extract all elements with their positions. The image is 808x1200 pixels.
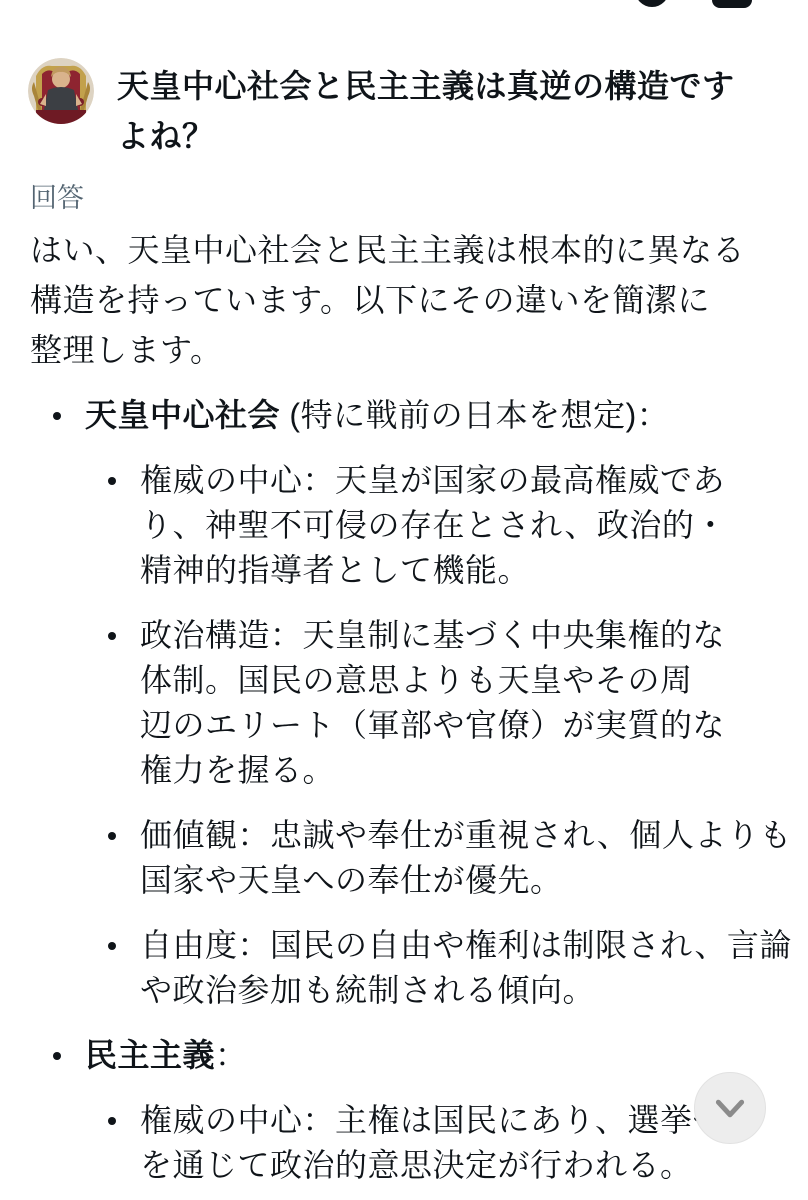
bullet-dot <box>108 832 116 840</box>
bullet-dot <box>108 942 116 950</box>
list-item-title-rest: (特に戦前の日本を想定)： <box>280 397 669 433</box>
bullet-dot <box>53 412 61 420</box>
question-row: 天皇中心社会と民主主義は真逆の構造です よね？ <box>0 0 808 161</box>
list-item-freedom: 自由度：国民の自由や権利は制限され、言論 や政治参加も統制される傾向。 <box>0 923 808 1013</box>
list-item-democracy-authority: 権威の中心：主権は国民にあり、選挙や を通じて政治的意思決定が行われる。 <box>0 1098 808 1188</box>
list-item-title-rest: ： <box>215 1037 248 1073</box>
list-item-authority: 権威の中心：天皇が国家の最高権威であ り、神聖不可侵の存在とされ、政治的・ 精神… <box>0 458 808 593</box>
answer-list: 天皇中心社会 (特に戦前の日本を想定)： 権威の中心：天皇が国家の最高権威であ … <box>0 393 808 1188</box>
avatar <box>28 58 94 124</box>
bullet-dot <box>108 632 116 640</box>
list-item-title-bold: 民主主義 <box>85 1037 215 1073</box>
partial-rounded-square-icon[interactable] <box>712 0 752 8</box>
answer-label: 回答 <box>30 183 808 213</box>
avatar-image <box>28 58 94 124</box>
chevron-down-icon <box>695 1072 765 1144</box>
list-item-tennou-title: 天皇中心社会 (特に戦前の日本を想定)： <box>0 393 808 438</box>
list-item-title-bold: 天皇中心社会 <box>85 397 280 433</box>
bullet-dot <box>108 477 116 485</box>
question-text: 天皇中心社会と民主主義は真逆の構造です よね？ <box>117 58 735 161</box>
list-item-political-structure: 政治構造：天皇制に基づく中央集権的な 体制。国民の意思よりも天皇やその周 辺のエ… <box>0 613 808 793</box>
list-item-democracy-title: 民主主義： <box>0 1033 808 1078</box>
bullet-dot <box>53 1052 61 1060</box>
scroll-to-bottom-button[interactable] <box>694 1072 766 1144</box>
answer-intro: はい、天皇中心社会と民主主義は根本的に異なる 構造を持っています。以下にその違い… <box>30 225 808 375</box>
list-item-values: 価値観：忠誠や奉仕が重視され、個人よりも 国家や天皇への奉仕が優先。 <box>0 813 808 903</box>
bullet-dot <box>108 1117 116 1125</box>
